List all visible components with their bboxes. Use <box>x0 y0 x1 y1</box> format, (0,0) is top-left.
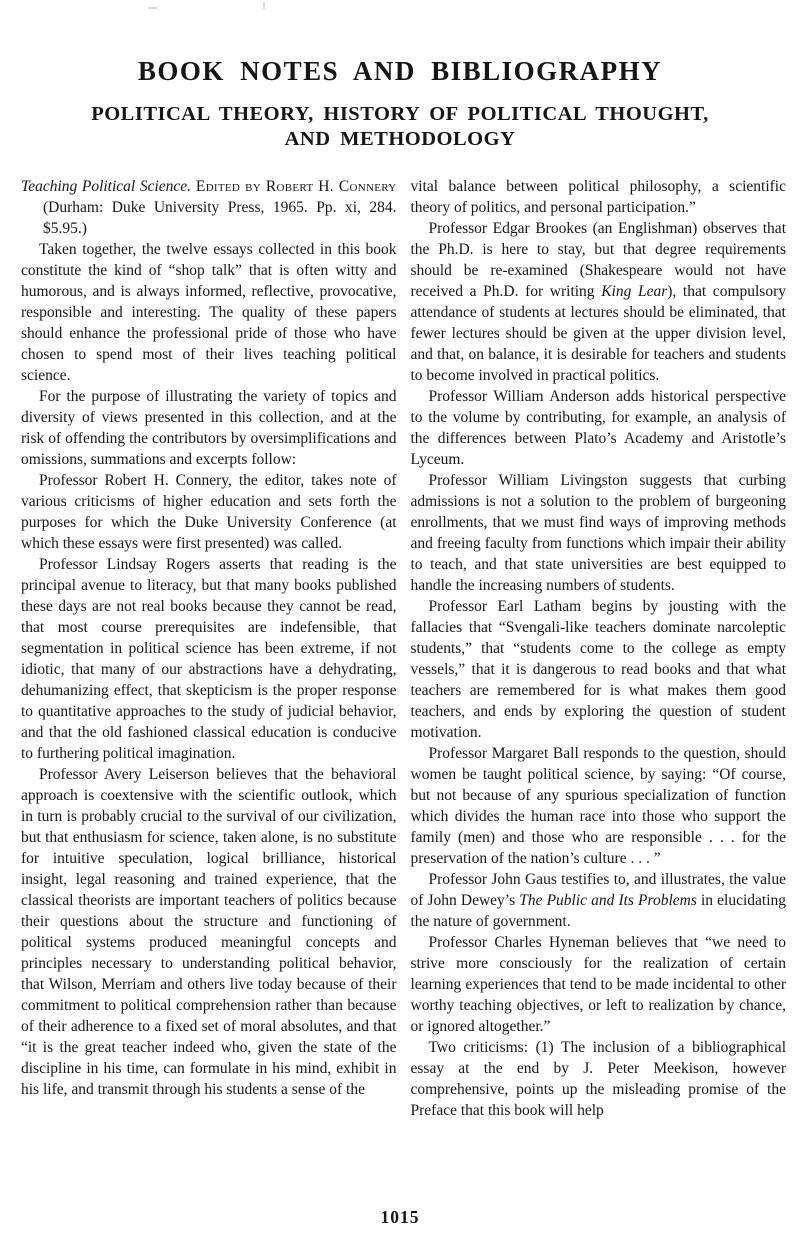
text-run: Professor Lindsay Rogers asserts that re… <box>21 556 397 762</box>
paragraph: Professor Edgar Brookes (an Englishman) … <box>411 218 787 386</box>
journal-page: BOOK NOTES AND BIBLIOGRAPHY POLITICAL TH… <box>0 0 800 1236</box>
text-run: Professor William Anderson adds historic… <box>411 388 787 468</box>
paragraph: Professor Charles Hyneman believes that … <box>411 932 787 1037</box>
page-number: 1015 <box>0 1207 800 1228</box>
section-title-line1: POLITICAL THEORY, HISTORY OF POLITICAL T… <box>0 102 800 127</box>
section-title: POLITICAL THEORY, HISTORY OF POLITICAL T… <box>0 102 800 152</box>
text-run: Professor Margaret Ball responds to the … <box>411 745 787 867</box>
left-column: Teaching Political Science. Edited by Ro… <box>21 176 397 1121</box>
text-run: Professor Robert H. Connery, the editor,… <box>21 472 397 552</box>
paragraph: Taken together, the twelve essays collec… <box>21 239 397 386</box>
text-run: Taken together, the twelve essays collec… <box>21 241 397 384</box>
text-run: (Durham: Duke University Press, 1965. Pp… <box>43 199 397 237</box>
text-run: For the purpose of illustrating the vari… <box>21 388 397 468</box>
paragraph: Professor Robert H. Connery, the editor,… <box>21 470 397 554</box>
italic-text: King Lear <box>601 283 667 300</box>
paragraph: Professor William Anderson adds historic… <box>411 386 787 470</box>
page-title: BOOK NOTES AND BIBLIOGRAPHY <box>0 56 800 86</box>
paragraph: Professor John Gaus testifies to, and il… <box>411 869 787 932</box>
paragraph: Professor Earl Latham begins by jousting… <box>411 596 787 743</box>
smallcaps-text: Edited by Robert H. Connery <box>191 178 396 195</box>
italic-text: Teaching Political Science. <box>21 178 191 195</box>
text-run: Professor Earl Latham begins by jousting… <box>411 598 787 741</box>
italic-text: The Public and Its Problems <box>519 892 697 909</box>
text-run: vital balance between political philosop… <box>411 178 787 216</box>
section-title-line2: AND METHODOLOGY <box>0 127 800 152</box>
scan-artifact <box>263 2 265 9</box>
paragraph: Professor Lindsay Rogers asserts that re… <box>21 554 397 764</box>
paragraph: Teaching Political Science. Edited by Ro… <box>21 176 397 239</box>
page-header: BOOK NOTES AND BIBLIOGRAPHY POLITICAL TH… <box>0 56 800 152</box>
paragraph: Professor William Livingston suggests th… <box>411 470 787 596</box>
paragraph: For the purpose of illustrating the vari… <box>21 386 397 470</box>
scan-artifact <box>148 7 157 9</box>
paragraph: Professor Margaret Ball responds to the … <box>411 743 787 869</box>
two-column-text: Teaching Political Science. Edited by Ro… <box>0 176 800 1121</box>
text-run: Professor Avery Leiserson believes that … <box>21 766 397 1098</box>
text-run: Professor Charles Hyneman believes that … <box>411 934 787 1035</box>
paragraph: Professor Avery Leiserson believes that … <box>21 764 397 1100</box>
text-run: Professor William Livingston suggests th… <box>411 472 787 594</box>
paragraph: vital balance between political philosop… <box>411 176 787 218</box>
right-column: vital balance between political philosop… <box>411 176 787 1121</box>
text-run: Two criticisms: (1) The inclusion of a b… <box>411 1039 787 1119</box>
paragraph: Two criticisms: (1) The inclusion of a b… <box>411 1037 787 1121</box>
